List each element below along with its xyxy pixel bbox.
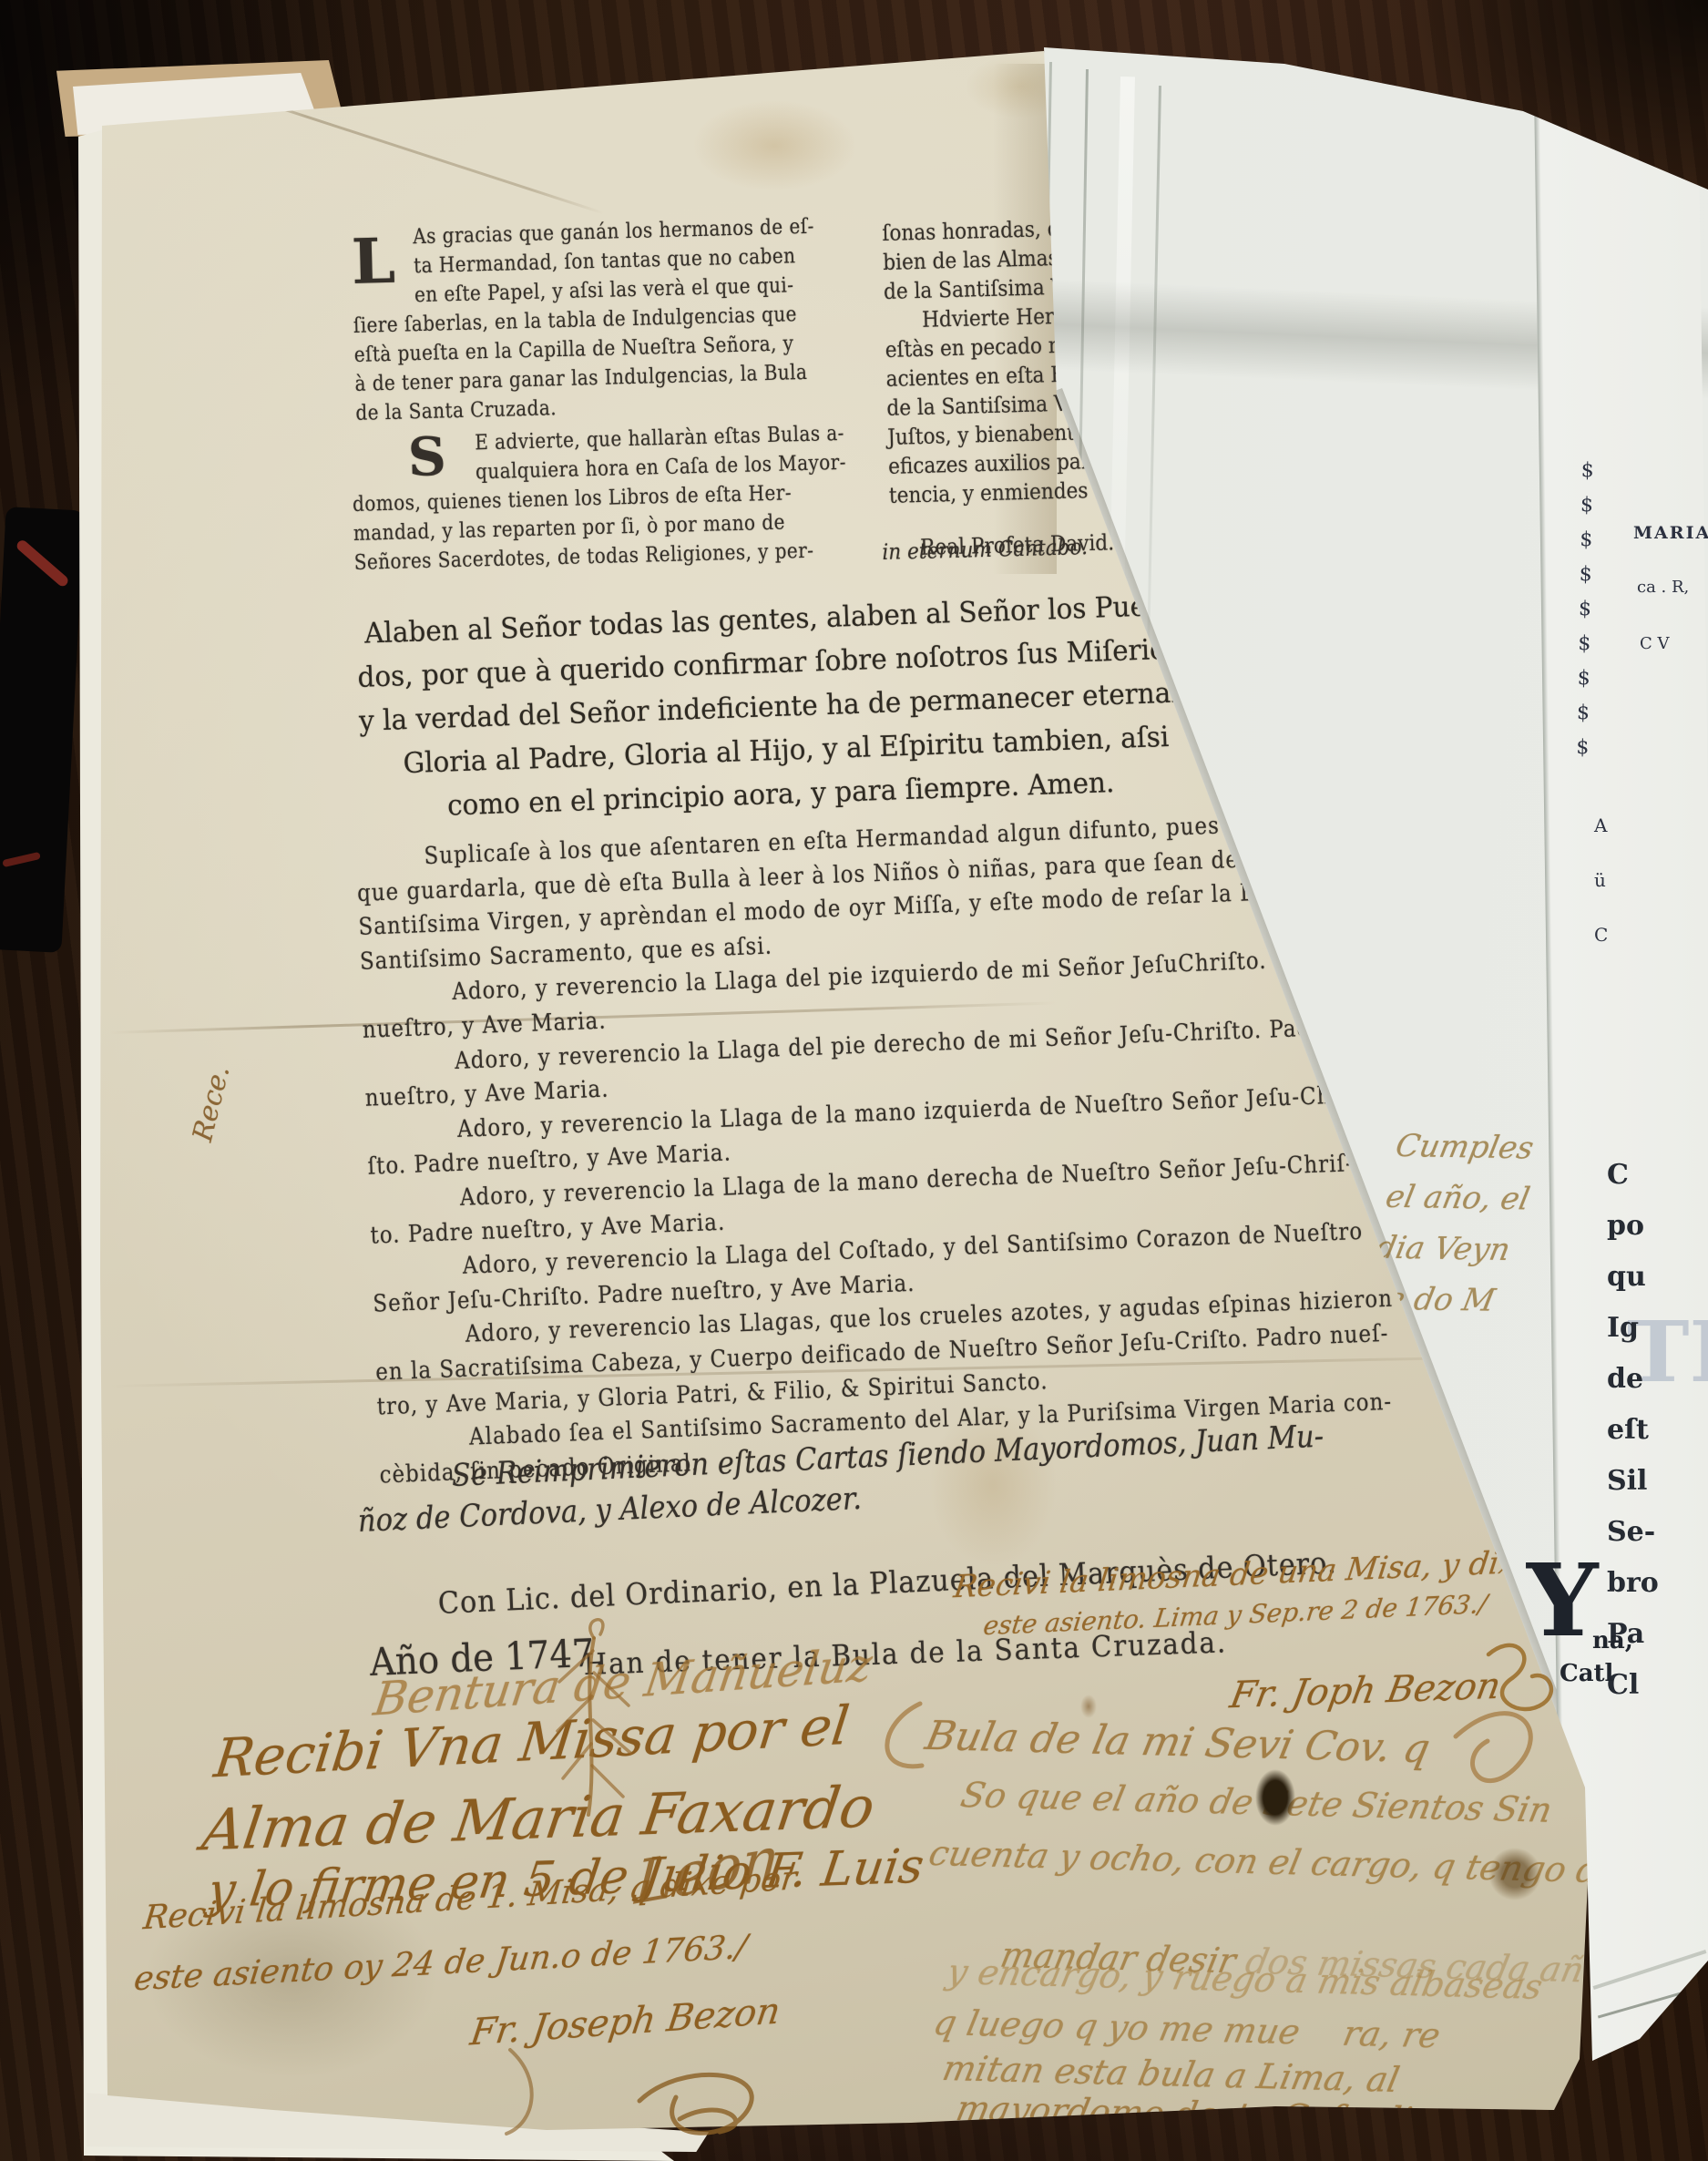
table-object	[0, 507, 85, 953]
ink-blot	[1488, 1848, 1541, 1900]
margin-note-left: Rece.	[187, 1062, 236, 1144]
table-object-red-stripe-2	[2, 852, 41, 867]
c-fragment: C V	[1640, 634, 1670, 653]
receipt-right-signature: Fr. Joph Bezon	[1227, 1665, 1504, 1717]
hymn-text: Alaben al Señor todas las gentes, alaben…	[355, 580, 1268, 831]
paper-stain	[692, 100, 856, 191]
column1-paragraph1: As gracias que ganán los hermanos de eſ-…	[351, 212, 819, 428]
letter-fragments-top: A ü C	[1594, 798, 1608, 962]
na-fragment: na,	[1592, 1627, 1633, 1654]
ink-blot	[1080, 1695, 1097, 1718]
maria-fragment: MARIA	[1633, 523, 1708, 543]
catl-fragment: Catl	[1560, 1660, 1613, 1687]
receipt-left-signature: Fr. Joseph Bezon	[467, 1990, 782, 2053]
column1-paragraph2: E advierte, que hallaràn eſtas Bulas a- …	[351, 419, 849, 578]
station-prayers: Suplicaſe à los que aſentaren en eſta He…	[355, 804, 1405, 1493]
will-note-line1: Bula de la mi Sevi Cov. q	[922, 1713, 1434, 1772]
big-letter-y: Y	[1527, 1541, 1599, 1659]
photo-stage: L As gracias que ganán los hermanos de e…	[0, 0, 1708, 2161]
table-object-red-stripe	[15, 538, 70, 589]
ca-fragment: ca . R,	[1637, 578, 1689, 597]
column2-latin-line: in eternum Cantabo.	[882, 534, 1088, 565]
ink-blot	[1255, 1769, 1295, 1826]
